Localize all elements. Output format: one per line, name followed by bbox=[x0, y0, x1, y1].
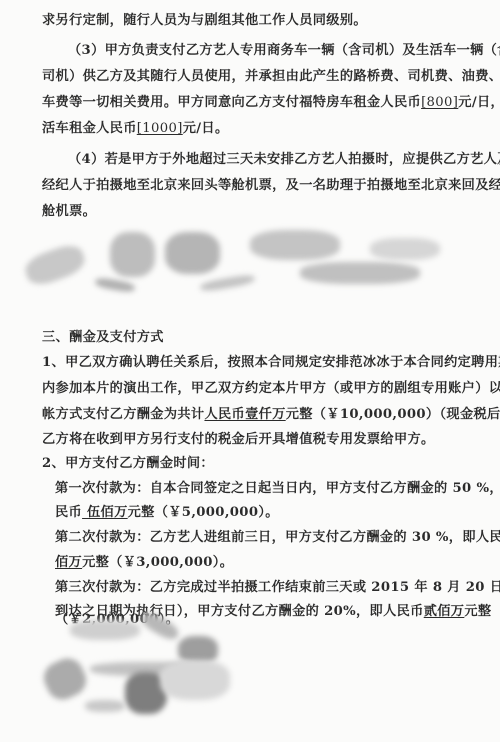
motorhome-rent-amount: [800] bbox=[421, 95, 458, 110]
clause-3-line-2: 司机）供乙方及其随行人员使用，并承担由此产生的路桥费、司机费、油费、停 bbox=[42, 69, 500, 85]
continuation-text: 求另行定制，随行人员为与剧组其他工作人员同级别。 bbox=[42, 13, 367, 29]
living-car-rent-amount: [1000] bbox=[137, 121, 183, 136]
clause-4-line-1: （4）若是甲方于外地超过三天未安排乙方艺人拍摄时，应提供乙方艺人及 bbox=[68, 152, 500, 168]
item-2-heading: 2、甲方支付乙方酬金时间： bbox=[42, 456, 214, 472]
section-3-heading: 三、酬金及支付方式 bbox=[42, 330, 164, 346]
payment-1-line-2: 民币 伍佰万元整（￥5,000,000）。 bbox=[55, 505, 279, 521]
payment-3-amount: 贰佰万 bbox=[424, 604, 465, 619]
clause-4-line-2: 经纪人于拍摄地至北京来回头等舱机票，及一名助理于拍摄地至北京来回及经济 bbox=[42, 178, 500, 194]
payment-1-line-2-post: 元整（￥5,000,000）。 bbox=[128, 505, 279, 520]
clause-3-line-3: 车费等一切相关费用。甲方同意向乙方支付福特房车租金人民币[800]元/日，生 bbox=[42, 95, 500, 111]
clause-3-line-4: 活车租金人民币[1000]元/日。 bbox=[42, 121, 229, 137]
clause-3-line-3-post: 元/日，生 bbox=[458, 95, 500, 110]
total-fee-amount: 人民币壹仟万 bbox=[204, 407, 285, 422]
payment-3-line-1: 第三次付款为：乙方完成过半拍摄工作结束前三天或 2015 年 8 月 20 日前… bbox=[55, 580, 500, 596]
item-1-line-3-pre: 帐方式支付乙方酬金为共计 bbox=[42, 407, 204, 422]
payment-1-line-2-pre: 民币 bbox=[55, 505, 82, 520]
item-1-line-3-post: 元整（￥10,000,000）（现金税后款）。 bbox=[286, 407, 500, 422]
contract-page: 求另行定制，随行人员为与剧组其他工作人员同级别。 （3）甲方负责支付乙方艺人专用… bbox=[0, 0, 500, 742]
payment-2-amount-part-2: 佰万 bbox=[55, 555, 82, 570]
payment-2-line-2: 佰万元整（￥3,000,000）。 bbox=[55, 555, 233, 571]
item-1-line-3: 帐方式支付乙方酬金为共计人民币壹仟万元整（￥10,000,000）（现金税后款）… bbox=[42, 407, 500, 423]
item-1-line-1: 1、甲乙双方确认聘任关系后，按照本合同规定安排范冰冰于本合同约定聘用期 bbox=[42, 355, 500, 371]
payment-2-line-2-post: 元整（￥3,000,000）。 bbox=[82, 555, 233, 570]
payment-1-amount: 伍佰万 bbox=[82, 505, 128, 520]
clause-3-line-3-pre: 车费等一切相关费用。甲方同意向乙方支付福特房车租金人民币 bbox=[42, 95, 421, 110]
item-1-line-2: 内参加本片的演出工作，甲乙双方约定本片甲方（或甲方的剧组专用账户）以转 bbox=[42, 381, 500, 397]
clause-3-line-4-post: 元/日。 bbox=[183, 121, 229, 136]
payment-3-line-2-post: 元整 bbox=[464, 604, 491, 619]
clause-4-line-3: 舱机票。 bbox=[42, 204, 96, 220]
payment-1-line-1: 第一次付款为：自本合同签定之日起当日内，甲方支付乙方酬金的 50 %，即人 bbox=[55, 481, 500, 497]
clause-3-line-1: （3）甲方负责支付乙方艺人专用商务车一辆（含司机）及生活车一辆（含 bbox=[68, 43, 500, 59]
item-1-line-4: 乙方将在收到甲方另行支付的税金后开具增值税专用发票给甲方。 bbox=[42, 432, 435, 448]
payment-2-line-1: 第二次付款为：乙方艺人进组前三日，甲方支付乙方酬金的 30 %，即人民币叁 bbox=[55, 530, 500, 546]
payment-2-line-1-pre: 第二次付款为：乙方艺人进组前三日，甲方支付乙方酬金的 30 %，即人民币 bbox=[55, 530, 500, 545]
clause-3-line-4-pre: 活车租金人民币 bbox=[42, 121, 137, 136]
